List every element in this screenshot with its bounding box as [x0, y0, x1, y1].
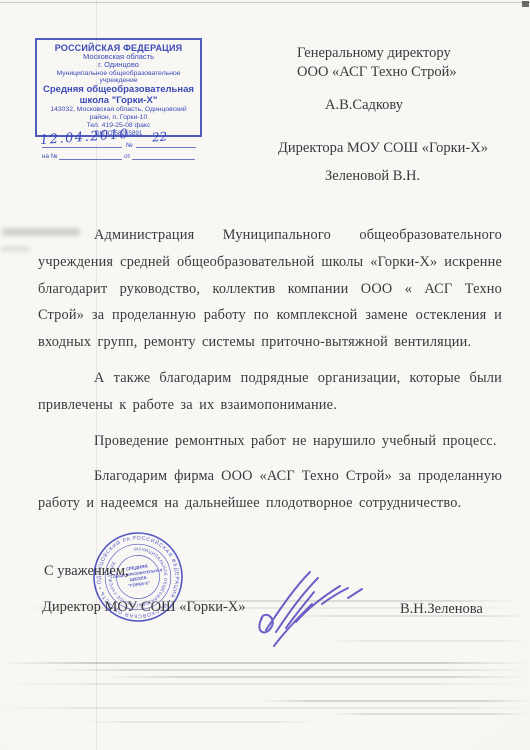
addressee-title: Генеральному директору [278, 44, 523, 63]
stamp-handwritten-number: 22 [151, 131, 167, 146]
stamp-ref-from-label: от [124, 153, 130, 160]
stamp-number-line [136, 147, 196, 148]
scan-streak [290, 615, 530, 617]
scan-streak [330, 713, 530, 715]
scan-corner-mark [522, 1, 529, 7]
addressee-name: А.В.Садкову [278, 96, 523, 115]
scan-streak [0, 662, 530, 664]
sender-title: Директора МОУ СОШ «Горки-Х» [278, 139, 523, 158]
scan-streak [0, 707, 530, 709]
stamp-city: г. Одинцово [40, 61, 197, 69]
stamp-org-type: Муниципальное общеобразовательное учрежд… [40, 70, 197, 85]
paragraph-2: А также благодарим подрядные организации… [38, 365, 502, 419]
stamp-address: 143032, Московская область, Одинцовский [40, 106, 197, 114]
stamp-ref-label: на № [42, 153, 57, 160]
stamp-school-name: школа "Горки-Х" [40, 96, 197, 107]
school-corner-stamp: РОССИЙСКАЯ ФЕДЕРАЦИЯ Московская область … [35, 38, 202, 137]
stamp-ref-line [59, 152, 122, 160]
letter-body: Администрация Муниципального общеобразов… [38, 222, 502, 526]
stamp-date-row: № 12.04.2010 22 [40, 137, 197, 151]
scan-streak [0, 607, 530, 609]
paragraph-4: Благодарим фирма ООО «АСГ Техно Строй» з… [38, 463, 502, 517]
bleed-through-smudge [0, 246, 30, 252]
paragraph-1: Администрация Муниципального общеобразов… [38, 222, 502, 356]
scan-streak [0, 683, 530, 685]
scan-streak [80, 721, 320, 723]
addressee-block: Генеральному директору ООО «АСГ Техно Ст… [278, 44, 523, 186]
scan-streak [100, 676, 530, 678]
closing-salutation: С уважением, [44, 563, 129, 580]
stamp-number-label: № [126, 142, 133, 149]
scanned-letter-page: РОССИЙСКАЯ ФЕДЕРАЦИЯ Московская область … [0, 0, 530, 750]
scan-streak [260, 700, 530, 702]
scan-streak [130, 600, 520, 602]
stamp-ref-from-line [132, 152, 195, 160]
stamp-reference-row: на № от [40, 151, 197, 160]
scan-streak [40, 669, 530, 671]
paragraph-3: Проведение ремонтных работ не нарушило у… [38, 428, 502, 455]
handwritten-signature [252, 558, 380, 650]
scan-streak [330, 640, 530, 642]
addressee-company: ООО «АСГ Техно Строй» [278, 63, 523, 82]
stamp-address: район, п. Горки-10 [40, 114, 197, 122]
stamp-handwritten-date: 12.04.2010 [40, 128, 130, 149]
scan-edge-line [0, 2, 530, 3]
sender-name: Зеленовой В.Н. [278, 167, 523, 186]
